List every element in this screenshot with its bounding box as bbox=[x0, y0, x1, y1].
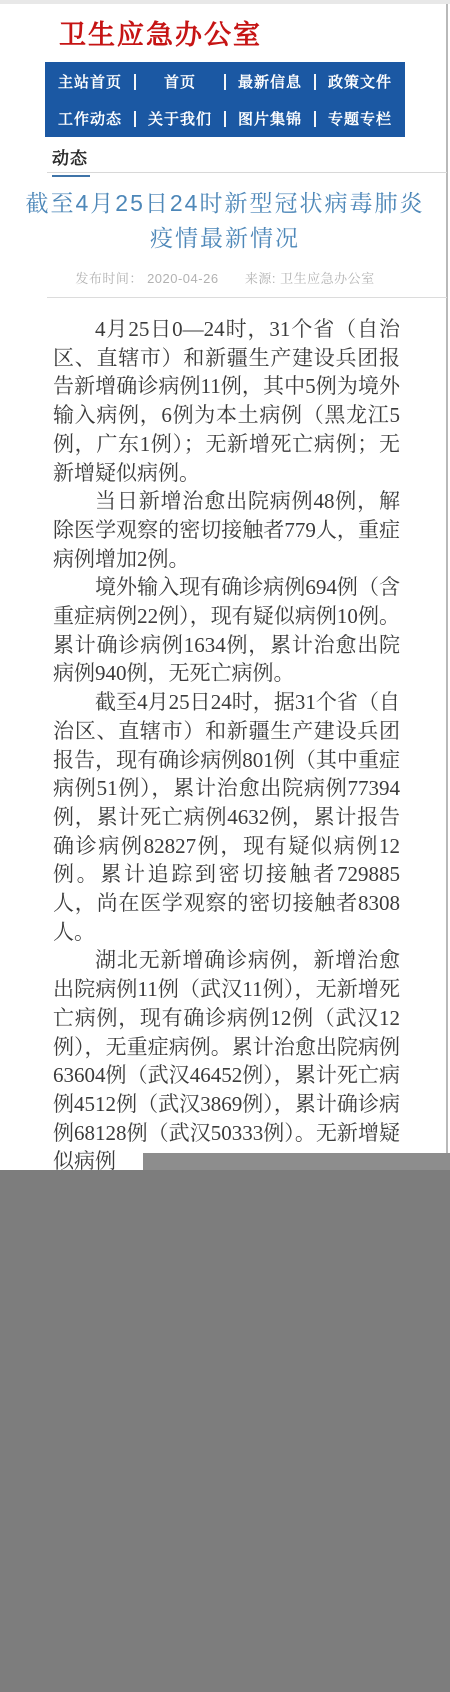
nav-item-about-us[interactable]: 关于我们 bbox=[135, 108, 225, 129]
section-divider bbox=[47, 172, 447, 173]
main-nav: 主站首页 首页 最新信息 政策文件 工作动态 关于我们 图片集锦 专题专栏 bbox=[45, 62, 405, 137]
nav-item-main-site-home[interactable]: 主站首页 bbox=[45, 71, 135, 92]
article-divider bbox=[47, 297, 447, 298]
nav-divider bbox=[314, 111, 316, 127]
publish-time-label: 发布时间： bbox=[75, 271, 143, 286]
nav-row-1: 主站首页 首页 最新信息 政策文件 bbox=[45, 63, 405, 100]
article-title: 截至4月25日24时新型冠状病毒肺炎疫情最新情况 bbox=[25, 186, 425, 256]
page: 卫生应急办公室 主站首页 首页 最新信息 政策文件 工作动态 关于我们 图片集锦… bbox=[0, 0, 450, 1692]
article-meta: 发布时间： 2020-04-26 来源: 卫生应急办公室 bbox=[25, 268, 425, 287]
nav-item-latest-info[interactable]: 最新信息 bbox=[225, 71, 315, 92]
article-paragraph: 境外输入现有确诊病例694例（含重症病例22例），现有疑似病例10例。累计确诊病… bbox=[53, 573, 400, 688]
nav-item-photo-gallery[interactable]: 图片集锦 bbox=[225, 108, 315, 129]
nav-item-home[interactable]: 首页 bbox=[135, 71, 225, 92]
nav-item-work-updates[interactable]: 工作动态 bbox=[45, 108, 135, 129]
publish-date: 2020-04-26 bbox=[147, 271, 219, 286]
article-paragraph: 当日新增治愈出院病例48例，解除医学观察的密切接触者779人，重症病例增加2例。 bbox=[53, 487, 400, 573]
article-paragraph: 4月25日0—24时，31个省（自治区、直辖市）和新疆生产建设兵团报告新增确诊病… bbox=[53, 315, 400, 487]
nav-divider bbox=[314, 74, 316, 90]
page-right-border bbox=[446, 4, 448, 1170]
article-paragraph: 截至4月25日24时，据31个省（自治区、直辖市）和新疆生产建设兵团报告，现有确… bbox=[53, 688, 400, 946]
unloaded-gray-area bbox=[0, 1170, 450, 1692]
nav-row-2: 工作动态 关于我们 图片集锦 专题专栏 bbox=[45, 100, 405, 137]
nav-item-special-topics[interactable]: 专题专栏 bbox=[315, 108, 405, 129]
site-title: 卫生应急办公室 bbox=[59, 13, 262, 52]
unloaded-gray-strip bbox=[143, 1153, 450, 1170]
nav-divider bbox=[134, 74, 136, 90]
article-body: 4月25日0—24时，31个省（自治区、直辖市）和新疆生产建设兵团报告新增确诊病… bbox=[53, 315, 400, 1176]
article-paragraph: 湖北无新增确诊病例，新增治愈出院病例11例（武汉11例），无新增死亡病例，现有确… bbox=[53, 946, 400, 1176]
nav-divider bbox=[224, 111, 226, 127]
nav-divider bbox=[224, 74, 226, 90]
nav-divider bbox=[134, 111, 136, 127]
source-label: 来源: bbox=[245, 271, 276, 286]
source-value: 卫生应急办公室 bbox=[280, 271, 375, 286]
top-strip bbox=[0, 0, 450, 4]
nav-item-policy-documents[interactable]: 政策文件 bbox=[315, 71, 405, 92]
